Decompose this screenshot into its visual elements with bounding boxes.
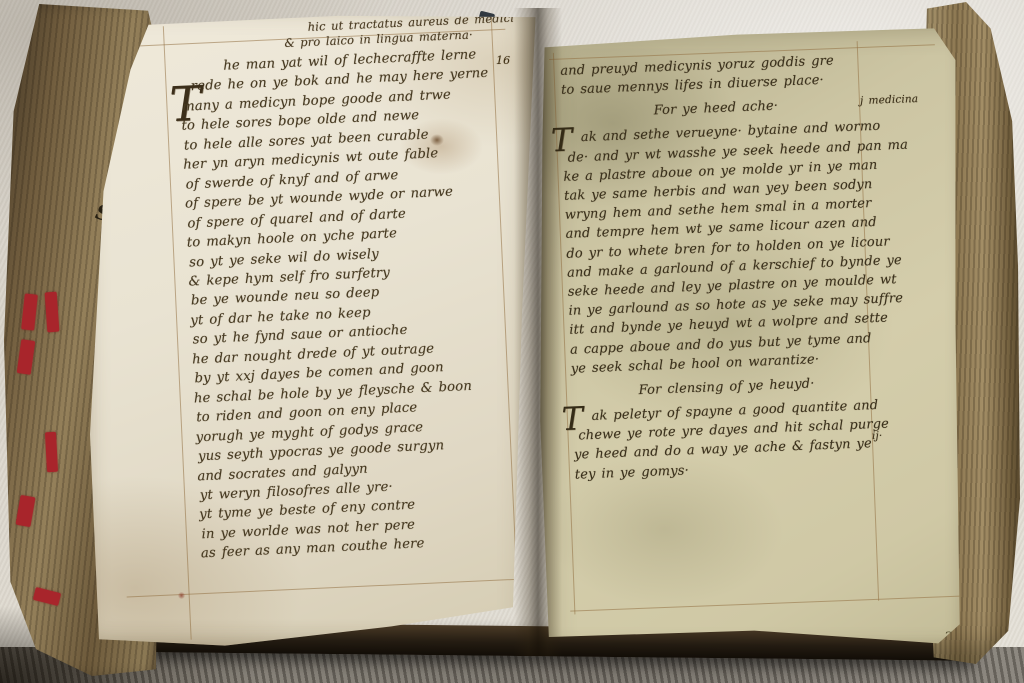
red-edge-mark	[17, 339, 36, 375]
left-page-text: hic ut tractatus aureus de medici& pro l…	[174, 11, 538, 565]
margin-note-first-medicine: j medicina	[860, 93, 919, 107]
red-edge-mark	[33, 587, 61, 606]
ruled-line	[127, 578, 525, 597]
recipe-clensing: T ak peletyr of spayne a good quantite a…	[571, 396, 886, 485]
drop-cap-initial: T	[561, 403, 584, 434]
recipe-head-ache: T ak and sethe verueyne· bytaine and wor…	[561, 117, 882, 378]
margin-note-second-medicine: ij·	[872, 430, 883, 442]
photograph-of-open-manuscript: S 16 hic ut tractatus aureus de medici& …	[0, 0, 1024, 683]
right-page-text: and preuyd medicynis yoruz goddis greto …	[558, 50, 886, 485]
red-edge-mark	[45, 292, 60, 333]
right-page: and preuyd medicynis yoruz goddis greto …	[536, 22, 964, 656]
left-page: 16 hic ut tractatus aureus de medici& pr…	[90, 12, 540, 652]
red-edge-mark	[21, 293, 38, 330]
verse-block: T he man yat wil of lechecraffte lernere…	[175, 44, 538, 565]
open-manuscript-book: S 16 hic ut tractatus aureus de medici& …	[0, 0, 1024, 683]
drop-cap-initial: T	[550, 125, 573, 156]
red-edge-mark	[45, 432, 58, 473]
red-edge-mark	[16, 495, 36, 527]
ruled-line	[570, 596, 960, 612]
